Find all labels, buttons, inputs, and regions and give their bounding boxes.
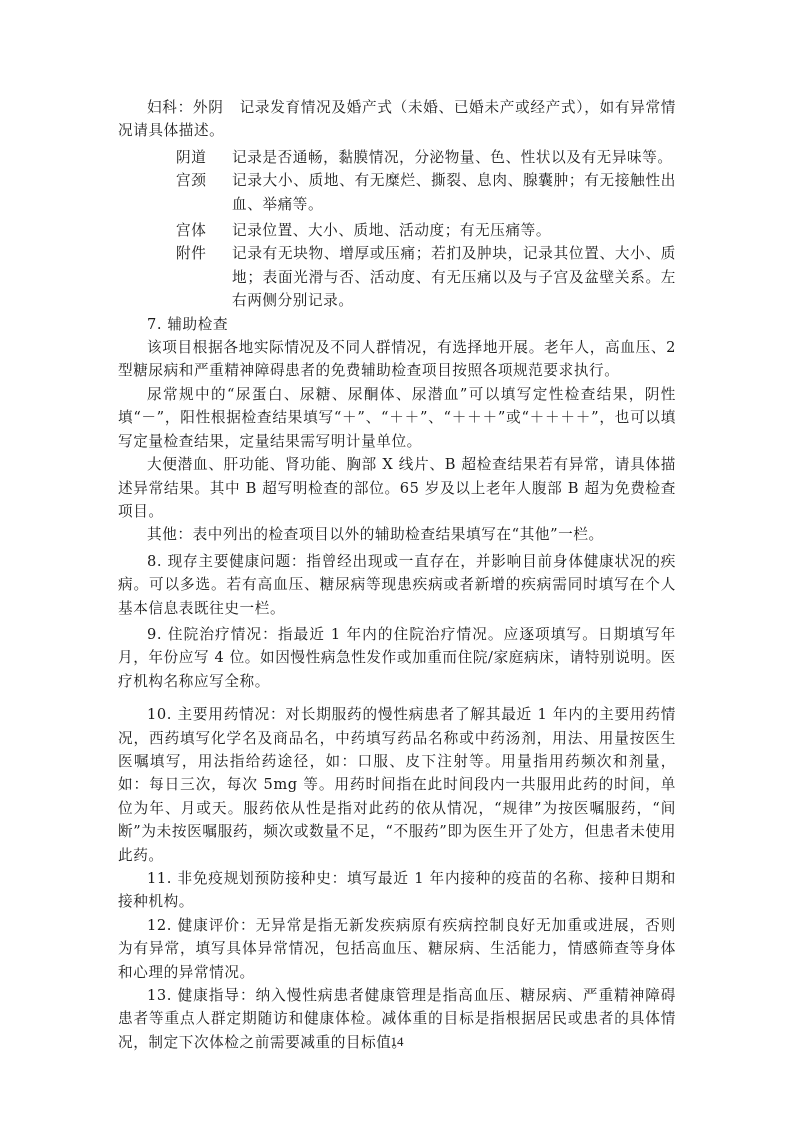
section-12-paragraph: 12. 健康评价：无异常是指无新发疾病原有疾病控制良好无加重或进展，否则为有异常… — [118, 914, 676, 984]
section-7-heading: 7. 辅助检查 — [118, 313, 676, 336]
gynecology-uterus-row: 宫体 记录位置、大小、质地、活动度；有无压痛等。 — [176, 219, 676, 242]
page-body: 妇科：外阴 记录发育情况及婚产式（未婚、已婚未产或经产式），如有异常情况请具体描… — [118, 96, 676, 1054]
document-page: 妇科：外阴 记录发育情况及婚产式（未婚、已婚未产或经产式），如有异常情况请具体描… — [0, 0, 794, 1122]
organ-text-cervix: 记录大小、质地、有无糜烂、撕裂、息肉、腺囊肿；有无接触性出血、举痛等。 — [232, 169, 676, 216]
section-9-paragraph: 9. 住院治疗情况：指最近 1 年内的住院治疗情况。应逐项填写。日期填写年月，年… — [118, 623, 676, 693]
gynecology-adnexa-row: 附件 记录有无块物、增厚或压痛；若扪及肿块，记录其位置、大小、质地；表面光滑与否… — [176, 242, 676, 312]
page-number: 14 — [0, 1034, 794, 1050]
gynecology-vagina-row: 阴道 记录是否通畅，黏膜情况，分泌物量、色、性状以及有无异味等。 — [176, 146, 676, 169]
gynecology-cervix-row: 宫颈 记录大小、质地、有无糜烂、撕裂、息肉、腺囊肿；有无接触性出血、举痛等。 — [176, 169, 676, 216]
section-10-paragraph: 10. 主要用药情况：对长期服药的慢性病患者了解其最近 1 年内的主要用药情况，… — [118, 703, 676, 867]
section-7-paragraph: 该项目根据各地实际情况及不同人群情况，有选择地开展。老年人，高血压、2 型糖尿病… — [118, 336, 676, 383]
gynecology-prefix: 妇科： — [147, 99, 193, 116]
organ-label-vagina: 阴道 — [176, 146, 232, 169]
organ-label-cervix: 宫颈 — [176, 169, 232, 216]
organ-label-vulva: 外阴 — [193, 99, 224, 116]
section-7-paragraph: 尿常规中的“尿蛋白、尿糖、尿酮体、尿潜血”可以填写定性检查结果，阴性填“－”，阳… — [118, 383, 676, 453]
organ-text-uterus: 记录位置、大小、质地、活动度；有无压痛等。 — [232, 219, 676, 242]
section-11-paragraph: 11. 非免疫规划预防接种史：填写最近 1 年内接种的疫苗的名称、接种日期和接种… — [118, 867, 676, 914]
organ-label-adnexa: 附件 — [176, 242, 232, 312]
organ-text-adnexa: 记录有无块物、增厚或压痛；若扪及肿块，记录其位置、大小、质地；表面光滑与否、活动… — [232, 242, 676, 312]
gynecology-vulva-paragraph: 妇科：外阴 记录发育情况及婚产式（未婚、已婚未产或经产式），如有异常情况请具体描… — [118, 96, 676, 143]
organ-label-uterus: 宫体 — [176, 219, 232, 242]
section-7-paragraph: 其他：表中列出的检查项目以外的辅助检查结果填写在“其他”一栏。 — [118, 523, 676, 546]
organ-text-vagina: 记录是否通畅，黏膜情况，分泌物量、色、性状以及有无异味等。 — [232, 146, 676, 169]
section-8-paragraph: 8. 现存主要健康问题：指曾经出现或一直存在，并影响目前身体健康状况的疾病。可以… — [118, 550, 676, 620]
section-7-paragraph: 大便潜血、肝功能、肾功能、胸部 X 线片、B 超检查结果若有异常，请具体描述异常… — [118, 453, 676, 523]
